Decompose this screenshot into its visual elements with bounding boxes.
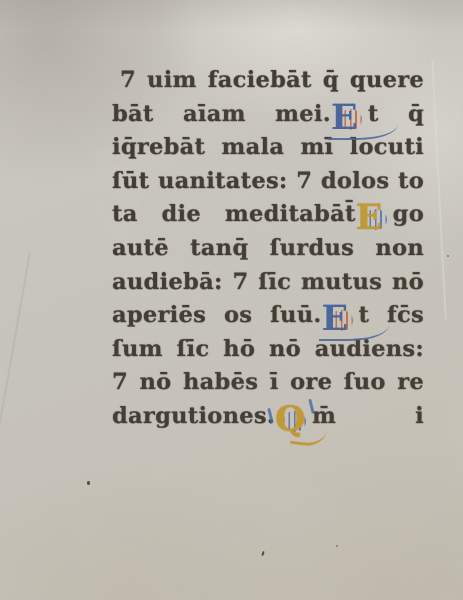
text-segment: bāt aīam mei. (112, 101, 331, 127)
text-line-9: ſum ſīc hō nō audiens: (112, 333, 424, 367)
text-line-8: aperiēs os ſuū.Et fc̄s (112, 299, 424, 333)
ink-speck (261, 551, 265, 556)
text-line-11: dargutiones.Qm̄ i (112, 400, 424, 434)
text-segment: audiebā: 7 ſīc mutus nō (112, 269, 424, 295)
text-line-7: audiebā: 7 ſīc mutus nō (112, 266, 424, 300)
initial-letter: E (322, 298, 349, 339)
text-line-4: ſūt uanitates: 7 dolos to (112, 165, 424, 199)
text-segment: m̄ i (312, 403, 424, 429)
text-line-2: bāt aīam mei.Et q̄ (112, 98, 424, 132)
text-segment: ta die meditabāt̄ (112, 201, 356, 227)
initial-letter: E (356, 197, 383, 238)
text-block: 7 uim faciebāt q̄ querebāt aīam mei.Et q… (112, 64, 424, 434)
text-line-1: 7 uim faciebāt q̄ quere (112, 64, 424, 98)
ink-speck (336, 545, 338, 547)
illuminated-initial-e: E (331, 104, 368, 134)
text-segment: go (393, 201, 424, 227)
parchment-crease (0, 252, 31, 469)
parchment-crease (431, 60, 446, 320)
text-segment: iq̄rebāt mala mī locuti (112, 134, 424, 160)
text-line-10: 7 nō habēs ī ore ſuo re (112, 366, 424, 400)
manuscript-leaf-photo: 7 uim faciebāt q̄ querebāt aīam mei.Et q… (0, 0, 463, 600)
text-segment: 7 nō habēs ī ore ſuo re (112, 369, 424, 395)
illuminated-initial-e: E (356, 204, 393, 234)
initial-letter: E (331, 97, 358, 138)
text-segment: autē tanq̄ ſurdus non (112, 235, 424, 261)
text-segment: 7 uim faciebāt q̄ quere (120, 67, 424, 93)
ink-speck (87, 481, 90, 485)
initial-tail-flourish (290, 424, 328, 448)
text-segment: dargutiones. (112, 403, 275, 429)
text-segment: ſūt uanitates: 7 dolos to (112, 168, 424, 194)
text-segment: ſum ſīc hō nō audiens: (112, 336, 424, 362)
illuminated-initial-q: Q (275, 406, 312, 436)
text-line-5: ta die meditabāt̄Ego (112, 198, 424, 232)
text-segment: aperiēs os ſuū. (112, 302, 322, 328)
illuminated-initial-e: E (322, 305, 359, 335)
ink-speck (447, 255, 449, 257)
text-segment: t q̄ (368, 101, 424, 127)
